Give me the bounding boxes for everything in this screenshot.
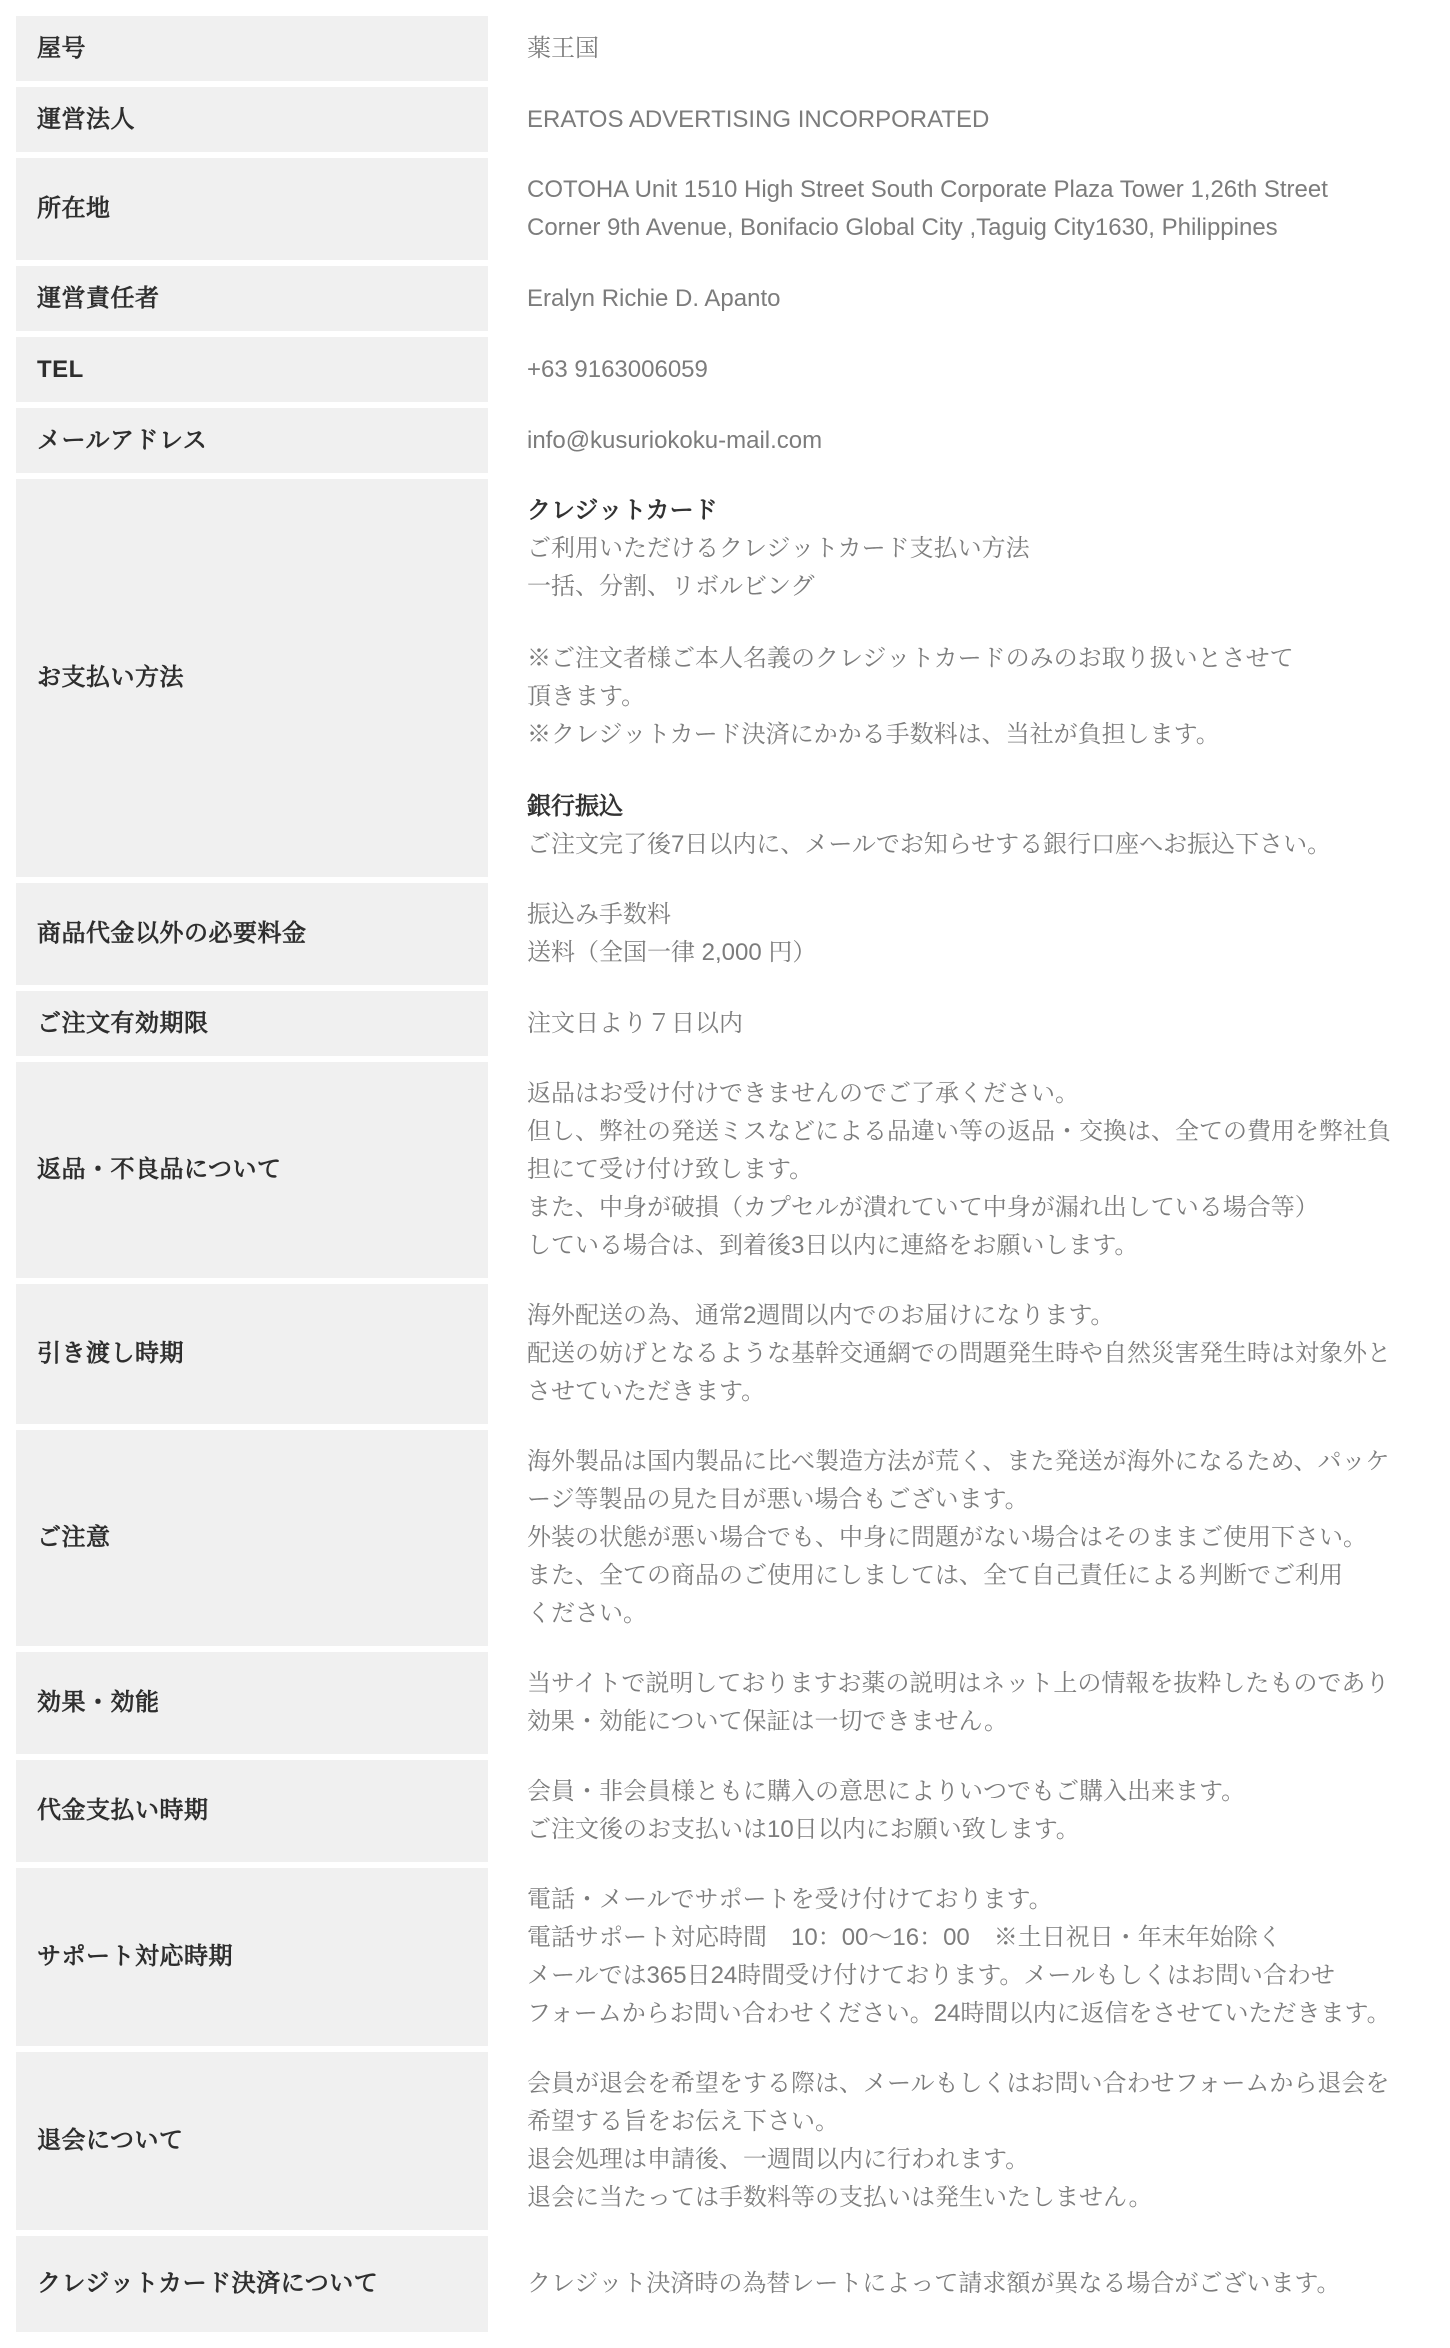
row-value: 会員が退会を希望をする際は、メールもしくはお問い合わせフォームから退会を 希望す… [527,2065,1418,2217]
row-label: 屋号 [16,16,488,81]
row-label: 効果・効能 [16,1652,488,1754]
row-value: Eralyn Richie D. Apanto [527,280,1418,318]
row-label: TEL [16,337,488,402]
row-value: 注文日より７日以内 [527,1005,1418,1043]
row-trade-name: 屋号 薬王国 [16,16,1434,81]
commercial-transaction-info-table: 屋号 薬王国 運営法人 ERATOS ADVERTISING INCORPORA… [0,0,1450,2348]
row-value: 電話・メールでサポートを受け付けております。 電話サポート対応時間 10：00～… [527,1881,1418,2033]
row-label: ご注意 [16,1430,488,1646]
row-value: +63 9163006059 [527,351,1418,389]
row-effects-efficacy: 効果・効能 当サイトで説明しておりますお薬の説明はネット上の情報を抜粋したもので… [16,1652,1434,1754]
payment-credit-card-body: ご利用いただけるクレジットカード支払い方法 一括、分割、リボルビング [527,530,1418,606]
payment-bank-transfer-heading: 銀行振込 [527,788,1418,826]
payment-bank-transfer-body: ご注文完了後7日以内に、メールでお知らせする銀行口座へお振込下さい。 [527,826,1418,864]
row-operations-manager: 運営責任者 Eralyn Richie D. Apanto [16,266,1434,331]
row-label: 商品代金以外の必要料金 [16,883,488,985]
row-email-address: メールアドレス info@kusuriokoku-mail.com [16,408,1434,473]
row-payment-timing: 代金支払い時期 会員・非会員様ともに購入の意思によりいつでもご購入出来ます。 ご… [16,1760,1434,1862]
row-label: 所在地 [16,158,488,260]
row-value: クレジット決済時の為替レートによって請求額が異なる場合がございます。 [527,2265,1418,2303]
row-label: 運営責任者 [16,266,488,331]
row-delivery-time: 引き渡し時期 海外配送の為、通常2週間以内でのお届けになります。 配送の妨げとな… [16,1284,1434,1424]
payment-credit-card-section: クレジットカード ご利用いただけるクレジットカード支払い方法 一括、分割、リボル… [527,492,1418,754]
row-fees-other-than-product-price: 商品代金以外の必要料金 振込み手数料 送料（全国一律 2,000 円） [16,883,1434,985]
row-returns-defective-items: 返品・不良品について 返品はお受け付けできませんのでご了承ください。 但し、弊社… [16,1062,1434,1278]
row-label: メールアドレス [16,408,488,473]
payment-credit-card-heading: クレジットカード [527,492,1418,530]
row-payment-methods: お支払い方法 クレジットカード ご利用いただけるクレジットカード支払い方法 一括… [16,479,1434,877]
row-label: サポート対応時期 [16,1868,488,2046]
row-value: 当サイトで説明しておりますお薬の説明はネット上の情報を抜粋したものであり 効果・… [527,1665,1418,1741]
row-value: 海外配送の為、通常2週間以内でのお届けになります。 配送の妨げとなるような基幹交… [527,1297,1418,1411]
row-tel: TEL +63 9163006059 [16,337,1434,402]
row-value: ERATOS ADVERTISING INCORPORATED [527,101,1418,139]
row-label: 引き渡し時期 [16,1284,488,1424]
row-credit-card-settlement: クレジットカード決済について クレジット決済時の為替レートによって請求額が異なる… [16,2236,1434,2332]
row-label: 退会について [16,2052,488,2230]
row-label: 運営法人 [16,87,488,152]
row-label: ご注文有効期限 [16,991,488,1056]
row-label: お支払い方法 [16,479,488,877]
row-order-validity-period: ご注文有効期限 注文日より７日以内 [16,991,1434,1056]
row-label: 返品・不良品について [16,1062,488,1278]
payment-bank-transfer-section: 銀行振込 ご注文完了後7日以内に、メールでお知らせする銀行口座へお振込下さい。 [527,788,1418,864]
row-label: クレジットカード決済について [16,2236,488,2332]
payment-credit-card-note: ※ご注文者様ご本人名義のクレジットカードのみのお取り扱いとさせて 頂きます。 ※… [527,640,1418,754]
row-value: 返品はお受け付けできませんのでご了承ください。 但し、弊社の発送ミスなどによる品… [527,1075,1418,1265]
row-value: 薬王国 [527,30,1418,68]
row-value: info@kusuriokoku-mail.com [527,422,1418,460]
row-operating-company: 運営法人 ERATOS ADVERTISING INCORPORATED [16,87,1434,152]
row-caution: ご注意 海外製品は国内製品に比べ製造方法が荒く、また発送が海外になるため、パッケ… [16,1430,1434,1646]
row-membership-cancellation: 退会について 会員が退会を希望をする際は、メールもしくはお問い合わせフォームから… [16,2052,1434,2230]
row-label: 代金支払い時期 [16,1760,488,1862]
row-value: 会員・非会員様ともに購入の意思によりいつでもご購入出来ます。 ご注文後のお支払い… [527,1773,1418,1849]
row-address: 所在地 COTOHA Unit 1510 High Street South C… [16,158,1434,260]
row-value: 振込み手数料 送料（全国一律 2,000 円） [527,896,1418,972]
row-value: 海外製品は国内製品に比べ製造方法が荒く、また発送が海外になるため、パッケ ージ等… [527,1443,1418,1633]
row-value: COTOHA Unit 1510 High Street South Corpo… [527,171,1418,247]
row-support-hours: サポート対応時期 電話・メールでサポートを受け付けております。 電話サポート対応… [16,1868,1434,2046]
